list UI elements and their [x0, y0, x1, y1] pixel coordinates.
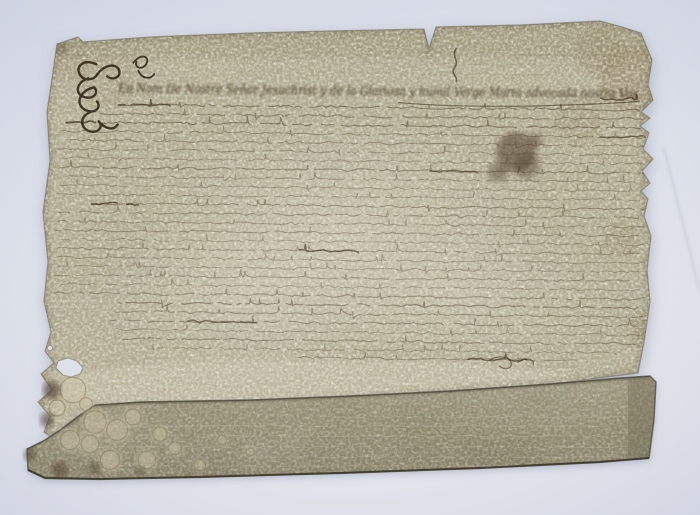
wormhole-small — [47, 345, 52, 350]
stain-spot — [151, 425, 169, 443]
parchment-scene: En Nom De Nostre Señor Jesuchrist y de l… — [0, 0, 700, 515]
stain-spot — [528, 132, 544, 148]
stain-spot — [43, 381, 61, 399]
photo-of-parchment-document: En Nom De Nostre Señor Jesuchrist y de l… — [0, 0, 700, 515]
stain-spot — [167, 440, 183, 456]
stain-spot — [98, 448, 122, 472]
stain-spot — [78, 396, 94, 412]
stain-spot — [514, 153, 540, 179]
stain-spot — [89, 462, 101, 474]
stain-spot — [123, 407, 143, 427]
stain-spot — [193, 458, 207, 472]
stain-spot — [52, 462, 68, 478]
stain-spot — [79, 433, 101, 455]
stain-spot — [24, 449, 36, 461]
stain-spot — [58, 428, 82, 452]
stain-spot — [135, 466, 145, 476]
stain-spot — [40, 413, 54, 427]
